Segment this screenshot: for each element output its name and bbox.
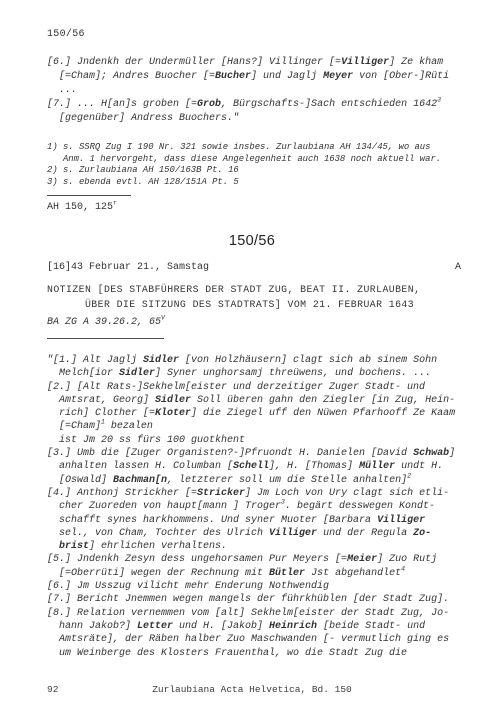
text-line: schafft synes harkhommens. Und syner Muo… xyxy=(47,514,455,527)
entry-number-heading: 150/56 xyxy=(0,233,504,249)
text-line: cher Zuoreden von haupt[mann ] Troger3. … xyxy=(47,500,455,513)
entry-title: NOTIZEN [DES STABFÜHRERS DER STADT ZUG, … xyxy=(47,282,420,312)
text-line: 2) s. Zurlaubiana AH 150/163B Pt. 16 xyxy=(47,165,441,177)
text-line: ist Jm 20 ss fürs 100 guotkhent xyxy=(47,434,455,447)
text-line: [8.] Relation vernemmen vom [alt] Sekhel… xyxy=(47,607,455,620)
text-line: [=Cham]; Andres Buocher [=Bucher] und Ja… xyxy=(47,70,449,84)
previous-entry-source-ref: AH 150, 125r xyxy=(47,202,117,213)
text-line: ÜBER DIE SITZUNG DES STADTRATS] VOM 21. … xyxy=(47,297,420,312)
previous-entry-footnotes: 1) s. SSRQ Zug I 190 Nr. 321 sowie insbe… xyxy=(47,142,441,188)
text-line: Amtsräte], der Räben halber Zuo Maschwan… xyxy=(47,633,455,646)
text-line: Melch[ior Sidler] Syner unghorsamj threü… xyxy=(47,367,455,380)
text-line: NOTIZEN [DES STABFÜHRERS DER STADT ZUG, … xyxy=(47,282,420,297)
text-line: [7.] Bericht Jnemmen wegen mangels der f… xyxy=(47,593,455,606)
text-line: 1) s. SSRQ Zug I 190 Nr. 321 sowie insbe… xyxy=(47,142,441,154)
entry-date-row: [16]43 Februar 21., Samstag A xyxy=(47,262,461,273)
footer-page-number: 92 xyxy=(47,684,58,695)
text-line: 3) s. ebenda evtl. AH 128/151A Pt. 5 xyxy=(47,177,441,189)
entry-version-marker: A xyxy=(455,262,461,273)
text-line: [2.] [Alt Rats-]Sekhelm[eister und derze… xyxy=(47,381,455,394)
text-line: sel., von Cham, Tochter des Ulrich Villi… xyxy=(47,527,455,540)
previous-entry-text: [6.] Jndenkh der Undermüller [Hans?] Vil… xyxy=(47,56,449,126)
footer-series-title: Zurlaubiana Acta Helvetica, Bd. 150 xyxy=(0,684,504,695)
text-line: [5.] Jndenkh Zesyn dess ungehorsamen Pur… xyxy=(47,553,455,566)
text-line: Anm. 1 hervorgeht, dass diese Angelegenh… xyxy=(47,154,441,166)
source-separator-rule xyxy=(47,338,164,339)
text-line: anhalten lassen H. Columban [Schell], H.… xyxy=(47,460,455,473)
text-line: [Oswald] Bachman[n, letzterer soll um di… xyxy=(47,474,455,487)
text-line: ... xyxy=(47,84,449,98)
document-page: 150/56 [6.] Jndenkh der Undermüller [Han… xyxy=(0,0,504,713)
page-footer: 92 Zurlaubiana Acta Helvetica, Bd. 150 xyxy=(0,684,504,695)
text-line: [3.] Umb die [Zuger Organisten?-]Pfruond… xyxy=(47,447,455,460)
entry-body-text: "[1.] Alt Jaglj Sidler [von Holzhäusern]… xyxy=(47,354,455,660)
text-line: "[1.] Alt Jaglj Sidler [von Holzhäusern]… xyxy=(47,354,455,367)
text-line: [4.] Anthonj Strickher [=Stricker] Jm Lo… xyxy=(47,487,455,500)
entry-date: [16]43 Februar 21., Samstag xyxy=(47,262,209,273)
text-line: rich] Clother [=Kloter] die Ziegel uff d… xyxy=(47,407,455,420)
text-line: [6.] Jndenkh der Undermüller [Hans?] Vil… xyxy=(47,56,449,70)
text-line: Amtsrat, Georg] Sidler Soll überen gahn … xyxy=(47,394,455,407)
running-head-ref: 150/56 xyxy=(47,29,85,40)
footnote-separator-rule xyxy=(47,195,131,196)
text-line: [=Oberrüti] wegen der Rechnung mit Bütle… xyxy=(47,567,455,580)
text-line: [6.] Jm Usszug vilicht mehr Enderung Not… xyxy=(47,580,455,593)
text-line: [gegenüber] Andress Buochers." xyxy=(47,112,449,126)
text-line: [=Cham]1 bezalen xyxy=(47,420,455,433)
text-line: brist] ehrlichen verhaltens. xyxy=(47,540,455,553)
entry-source-ref: BA ZG A 39.26.2, 65V xyxy=(47,317,165,328)
text-line: [7.] ... H[an]s groben [=Grob, Bürgschaf… xyxy=(47,98,449,112)
text-line: um Weinberge des Klosters Frauenthal, wo… xyxy=(47,647,455,660)
text-line: hann Jakob?] Letter und H. [Jakob] Heinr… xyxy=(47,620,455,633)
